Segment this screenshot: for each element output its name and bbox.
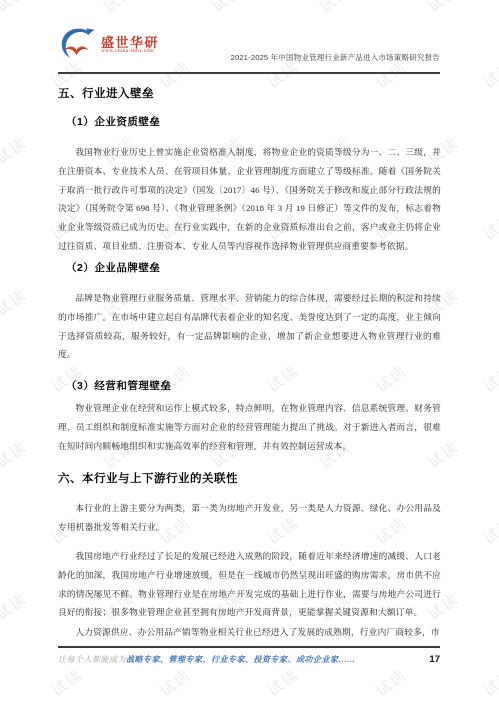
footer-slogan: 让每个人都能成为战略专家、管理专家、行业专家、投资专家、成功企业家……	[58, 654, 356, 665]
trial-watermark: 试读	[0, 0, 31, 17]
section6-heading: 六、本行业与上下游行业的关联性	[58, 470, 441, 486]
trial-watermark: 试读	[99, 0, 139, 17]
logo-icon	[58, 26, 96, 65]
section5-sub1-paragraph: 我国物业行业历史上曾实施企业资格准入制度，将物业企业的资质等级分为一、二、三级，…	[58, 143, 441, 256]
logo-text-block: 盛世华研 www.china-shhy.com	[101, 36, 159, 55]
section6-paragraph-3-truncated: 人力资源供应、办公用品产销等物业相关行业已经进入了发展的成熟期，行业内厂商较多，…	[58, 623, 441, 642]
trial-watermark: 试读	[0, 588, 31, 625]
trial-watermark: 试读	[479, 360, 499, 397]
trial-watermark: 试读	[479, 512, 499, 549]
section5-sub1-heading: （1）企业资质壁垒	[66, 114, 449, 129]
trial-watermark: 试读	[207, 0, 247, 17]
trial-watermark: 试读	[0, 284, 31, 321]
report-title: 2021-2025 年中国物业管理行业新产品进入市场策略研究报告	[231, 52, 440, 65]
section5-sub2-heading: （2）企业品牌壁垒	[66, 260, 449, 275]
trial-watermark: 试读	[479, 56, 499, 93]
trial-watermark: 试读	[0, 436, 31, 473]
logo-company-name: 盛世华研	[101, 36, 159, 50]
trial-watermark: 试读	[423, 0, 463, 17]
section5-sub3-heading: （3）经营和管理壁垒	[66, 378, 449, 393]
trial-watermark: 试读	[479, 208, 499, 245]
section6-paragraph-1: 本行业的上游主要分为两类，第一类为房地产开发业，另一类是人力资源、绿化、办公用品…	[58, 499, 441, 537]
trial-watermark: 试读	[479, 664, 499, 701]
section6-paragraph-2: 我国房地产行业经过了长足的发展已经进入成熟的阶段，随着近年来经济增速的减缓、人口…	[58, 547, 441, 622]
logo-website-url: www.china-shhy.com	[101, 49, 159, 55]
page-footer: 让每个人都能成为战略专家、管理专家、行业专家、投资专家、成功企业家…… 17	[58, 646, 440, 665]
section5-sub3-paragraph: 物业管理企业在经营和运作上模式较多，特点鲜明，在物业管理内容、信息系统管理、财务…	[58, 399, 441, 455]
trial-watermark: 试读	[155, 664, 195, 701]
trial-watermark: 试读	[371, 664, 411, 701]
footer-slogan-prefix: 让每个人都能成为	[58, 655, 126, 664]
page-header: 盛世华研 www.china-shhy.com 2021-2025 年中国物业管…	[58, 26, 440, 74]
company-logo: 盛世华研 www.china-shhy.com	[58, 26, 159, 65]
trial-watermark: 试读	[263, 664, 303, 701]
trial-watermark: 试读	[315, 0, 355, 17]
trial-watermark: 试读	[0, 132, 31, 169]
trial-watermark: 试读	[47, 664, 87, 701]
page-number: 17	[429, 654, 440, 665]
section5-sub2-paragraph: 品牌是物业管理行业服务质量、管理水平、营销能力的综合体现，需要经过长期的积淀和持…	[58, 289, 441, 364]
footer-slogan-main: 战略专家、管理专家、行业专家、投资专家、成功企业家……	[126, 655, 356, 664]
section5-heading: 五、行业进入壁垒	[58, 85, 441, 101]
report-page: 试读试读试读试读试读试读试读试读试读试读试读试读试读试读试读试读试读试读试读试读…	[0, 0, 499, 706]
